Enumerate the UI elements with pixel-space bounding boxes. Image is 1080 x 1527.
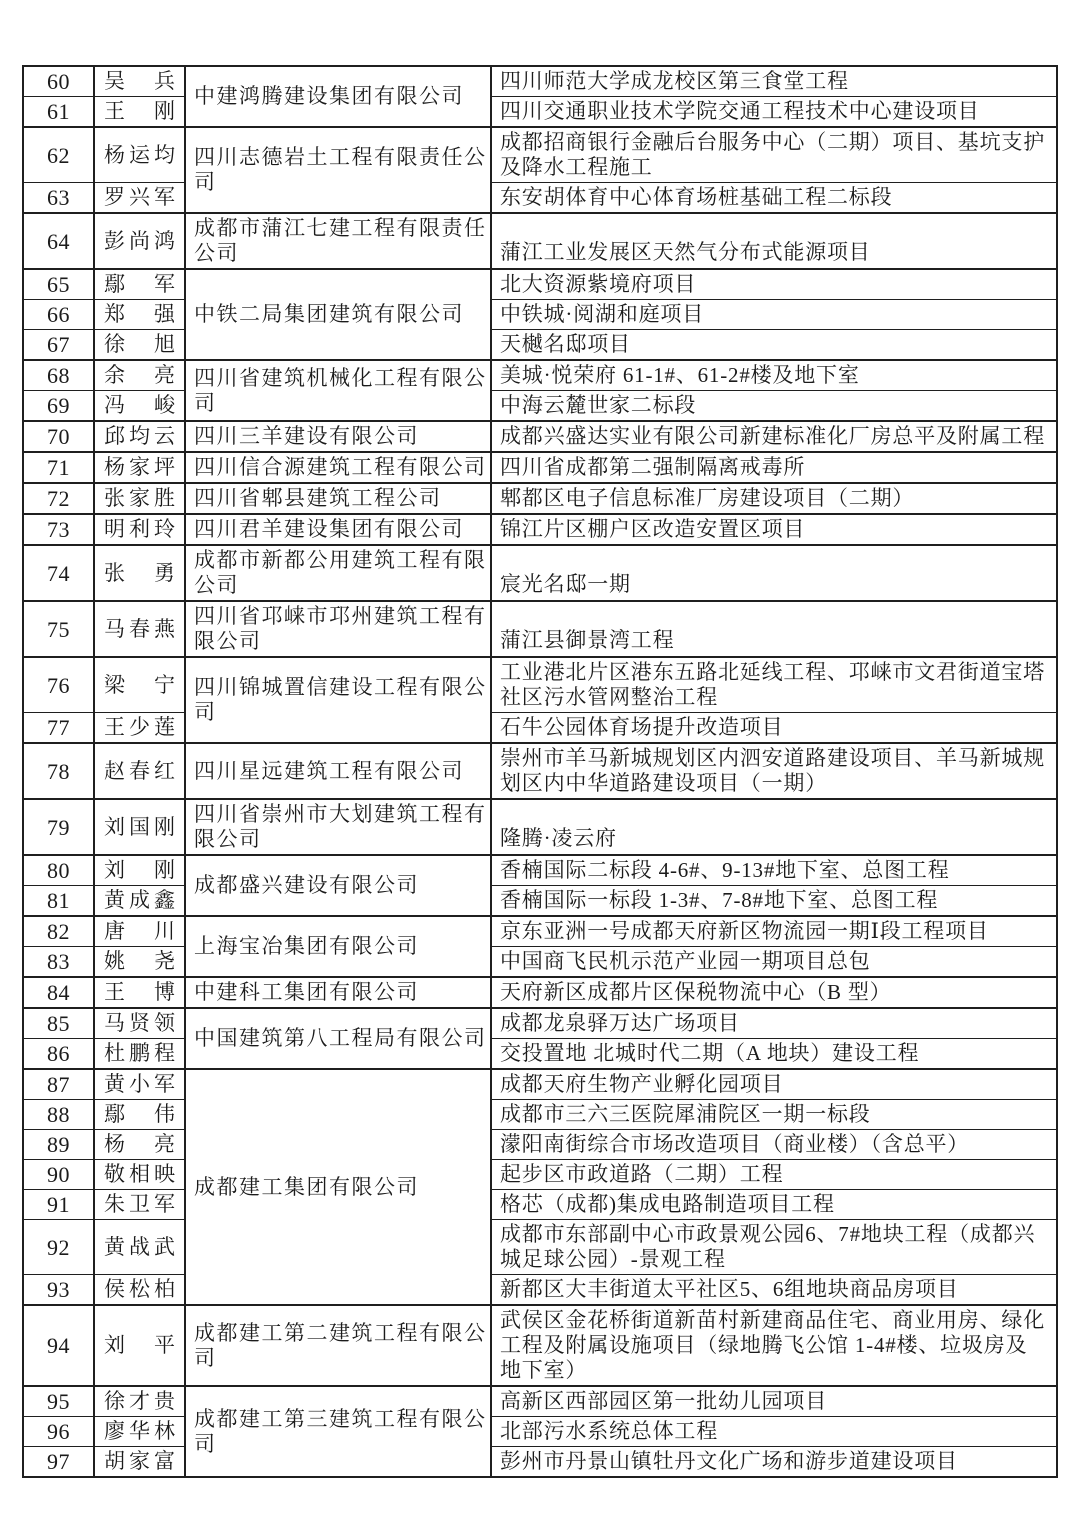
table-row: 72张家胜四川省郫县建筑工程公司郫都区电子信息标准厂房建设项目（二期） xyxy=(23,483,1057,514)
company-cell: 四川志德岩土工程有限责任公司 xyxy=(185,127,491,213)
project-cell: 香楠国际一标段 1-3#、7-8#地下室、总图工程 xyxy=(491,886,1057,917)
project-cell: 天府新区成都片区保税物流中心（B 型） xyxy=(491,977,1057,1008)
row-number-cell: 63 xyxy=(23,183,94,214)
project-cell: 崇州市羊马新城规划区内泗安道路建设项目、羊马新城规划区内中华道路建设项目（一期） xyxy=(491,743,1057,799)
row-number-cell: 96 xyxy=(23,1417,94,1447)
table-row: 94刘平成都建工第二建筑工程有限公司武侯区金花桥街道新苗村新建商品住宅、商业用房… xyxy=(23,1305,1057,1386)
person-name-cell: 侯松柏 xyxy=(94,1275,185,1306)
row-number-cell: 85 xyxy=(23,1008,94,1039)
person-name-cell: 刘刚 xyxy=(94,855,185,886)
table-row: 71杨家坪四川信合源建筑工程有限公司四川省成都第二强制隔离戒毒所 xyxy=(23,452,1057,483)
table-row: 69冯峻中海云麓世家二标段 xyxy=(23,391,1057,422)
table-row: 84王博中建科工集团有限公司天府新区成都片区保税物流中心（B 型） xyxy=(23,977,1057,1008)
project-cell: 香楠国际二标段 4-6#、9-13#地下室、总图工程 xyxy=(491,855,1057,886)
project-cell: 成都市东部副中心市政景观公园6、7#地块工程（成都兴城足球公园）-景观工程 xyxy=(491,1220,1057,1275)
person-name-cell: 张家胜 xyxy=(94,483,185,514)
company-cell: 成都建工集团有限公司 xyxy=(185,1069,491,1305)
person-name-cell: 梁宁 xyxy=(94,657,185,713)
company-cell: 中铁二局集团建筑有限公司 xyxy=(185,269,491,360)
row-number-cell: 67 xyxy=(23,330,94,361)
row-number-cell: 89 xyxy=(23,1130,94,1160)
company-cell: 上海宝冶集团有限公司 xyxy=(185,916,491,977)
project-cell: 起步区市政道路（二期）工程 xyxy=(491,1160,1057,1190)
table-row: 62杨运均四川志德岩土工程有限责任公司成都招商银行金融后台服务中心（二期）项目、… xyxy=(23,127,1057,183)
company-cell: 中建鸿腾建设集团有限公司 xyxy=(185,66,491,127)
company-cell: 四川省建筑机械化工程有限公司 xyxy=(185,360,491,421)
project-cell: 新都区大丰街道太平社区5、6组地块商品房项目 xyxy=(491,1275,1057,1306)
project-cell: 中海云麓世家二标段 xyxy=(491,391,1057,422)
table-row: 95徐才贵成都建工第三建筑工程有限公司高新区西部园区第一批幼儿园项目 xyxy=(23,1386,1057,1417)
person-name-cell: 鄢军 xyxy=(94,269,185,300)
person-name-cell: 马春燕 xyxy=(94,601,185,657)
table-row: 77王少莲石牛公园体育场提升改造项目 xyxy=(23,713,1057,744)
person-name-cell: 朱卫军 xyxy=(94,1190,185,1220)
row-number-cell: 88 xyxy=(23,1100,94,1130)
row-number-cell: 68 xyxy=(23,360,94,391)
person-name-cell: 杨亮 xyxy=(94,1130,185,1160)
table-row: 85马贤领中国建筑第八工程局有限公司成都龙泉驿万达广场项目 xyxy=(23,1008,1057,1039)
person-name-cell: 张勇 xyxy=(94,545,185,601)
company-cell: 成都盛兴建设有限公司 xyxy=(185,855,491,916)
table-row: 80刘刚成都盛兴建设有限公司香楠国际二标段 4-6#、9-13#地下室、总图工程 xyxy=(23,855,1057,886)
row-number-cell: 78 xyxy=(23,743,94,799)
project-cell: 蒲江工业发展区天然气分布式能源项目 xyxy=(491,213,1057,269)
table-row: 67徐旭天樾名邸项目 xyxy=(23,330,1057,361)
table-row: 81黄成鑫香楠国际一标段 1-3#、7-8#地下室、总图工程 xyxy=(23,886,1057,917)
project-cell: 高新区西部园区第一批幼儿园项目 xyxy=(491,1386,1057,1417)
person-name-cell: 杨家坪 xyxy=(94,452,185,483)
person-name-cell: 邱均云 xyxy=(94,421,185,452)
row-number-cell: 93 xyxy=(23,1275,94,1306)
project-cell: 京东亚洲一号成都天府新区物流园一期Ⅰ段工程项目 xyxy=(491,916,1057,947)
row-number-cell: 82 xyxy=(23,916,94,947)
project-cell: 锦江片区棚户区改造安置区项目 xyxy=(491,514,1057,545)
project-cell: 郫都区电子信息标准厂房建设项目（二期） xyxy=(491,483,1057,514)
person-name-cell: 杨运均 xyxy=(94,127,185,183)
row-number-cell: 60 xyxy=(23,66,94,97)
person-name-cell: 徐旭 xyxy=(94,330,185,361)
person-name-cell: 黄小军 xyxy=(94,1069,185,1100)
table-row: 74张勇成都市新都公用建筑工程有限公司宸光名邸一期 xyxy=(23,545,1057,601)
row-number-cell: 90 xyxy=(23,1160,94,1190)
row-number-cell: 97 xyxy=(23,1447,94,1478)
person-name-cell: 刘国刚 xyxy=(94,799,185,855)
project-cell: 中铁城·阅湖和庭项目 xyxy=(491,300,1057,330)
person-name-cell: 王博 xyxy=(94,977,185,1008)
row-number-cell: 62 xyxy=(23,127,94,183)
table-row: 83姚尧中国商飞民机示范产业园一期项目总包 xyxy=(23,947,1057,978)
company-cell: 四川星远建筑工程有限公司 xyxy=(185,743,491,799)
row-number-cell: 77 xyxy=(23,713,94,744)
project-cell: 东安胡体育中心体育场桩基础工程二标段 xyxy=(491,183,1057,214)
row-number-cell: 64 xyxy=(23,213,94,269)
company-cell: 成都市蒲江七建工程有限责任公司 xyxy=(185,213,491,269)
project-cell: 中国商飞民机示范产业园一期项目总包 xyxy=(491,947,1057,978)
project-cell: 北大资源紫境府项目 xyxy=(491,269,1057,300)
row-number-cell: 65 xyxy=(23,269,94,300)
person-name-cell: 徐才贵 xyxy=(94,1386,185,1417)
person-name-cell: 赵春红 xyxy=(94,743,185,799)
table-row: 68余亮四川省建筑机械化工程有限公司美城·悦荣府 61-1#、61-2#楼及地下… xyxy=(23,360,1057,391)
row-number-cell: 70 xyxy=(23,421,94,452)
row-number-cell: 73 xyxy=(23,514,94,545)
project-cell: 成都市三六三医院犀浦院区一期一标段 xyxy=(491,1100,1057,1130)
row-number-cell: 75 xyxy=(23,601,94,657)
table-row: 93侯松柏新都区大丰街道太平社区5、6组地块商品房项目 xyxy=(23,1275,1057,1306)
person-name-cell: 廖华林 xyxy=(94,1417,185,1447)
row-number-cell: 69 xyxy=(23,391,94,422)
company-cell: 成都建工第二建筑工程有限公司 xyxy=(185,1305,491,1386)
project-cell: 石牛公园体育场提升改造项目 xyxy=(491,713,1057,744)
project-cell: 成都天府生物产业孵化园项目 xyxy=(491,1069,1057,1100)
person-name-cell: 黄成鑫 xyxy=(94,886,185,917)
person-name-cell: 王少莲 xyxy=(94,713,185,744)
person-name-cell: 郑强 xyxy=(94,300,185,330)
project-cell: 美城·悦荣府 61-1#、61-2#楼及地下室 xyxy=(491,360,1057,391)
person-name-cell: 杜鹏程 xyxy=(94,1039,185,1070)
table-row: 70邱均云四川三羊建设有限公司成都兴盛达实业有限公司新建标准化厂房总平及附属工程 xyxy=(23,421,1057,452)
table-row: 97胡家富彭州市丹景山镇牡丹文化广场和游步道建设项目 xyxy=(23,1447,1057,1478)
table-row: 64彭尚鸿成都市蒲江七建工程有限责任公司蒲江工业发展区天然气分布式能源项目 xyxy=(23,213,1057,269)
project-cell: 宸光名邸一期 xyxy=(491,545,1057,601)
row-number-cell: 61 xyxy=(23,97,94,128)
table-row: 60吴兵中建鸿腾建设集团有限公司四川师范大学成龙校区第三食堂工程 xyxy=(23,66,1057,97)
table-row: 96廖华林北部污水系统总体工程 xyxy=(23,1417,1057,1447)
row-number-cell: 87 xyxy=(23,1069,94,1100)
table-row: 75马春燕四川省邛崃市邛州建筑工程有限公司蒲江县御景湾工程 xyxy=(23,601,1057,657)
document-page: 60吴兵中建鸿腾建设集团有限公司四川师范大学成龙校区第三食堂工程61王刚四川交通… xyxy=(0,0,1080,1527)
table-row: 63罗兴军东安胡体育中心体育场桩基础工程二标段 xyxy=(23,183,1057,214)
person-name-cell: 姚尧 xyxy=(94,947,185,978)
row-number-cell: 80 xyxy=(23,855,94,886)
project-cell: 成都招商银行金融后台服务中心（二期）项目、基坑支护及降水工程施工 xyxy=(491,127,1057,183)
table-row: 87黄小军成都建工集团有限公司成都天府生物产业孵化园项目 xyxy=(23,1069,1057,1100)
person-name-cell: 刘平 xyxy=(94,1305,185,1386)
table-body: 60吴兵中建鸿腾建设集团有限公司四川师范大学成龙校区第三食堂工程61王刚四川交通… xyxy=(23,66,1057,1477)
company-cell: 四川君羊建设集团有限公司 xyxy=(185,514,491,545)
person-name-cell: 彭尚鸿 xyxy=(94,213,185,269)
company-cell: 四川锦城置信建设工程有限公司 xyxy=(185,657,491,743)
project-cell: 彭州市丹景山镇牡丹文化广场和游步道建设项目 xyxy=(491,1447,1057,1478)
person-name-cell: 敬相映 xyxy=(94,1160,185,1190)
person-name-cell: 冯峻 xyxy=(94,391,185,422)
table-row: 92黄战武成都市东部副中心市政景观公园6、7#地块工程（成都兴城足球公园）-景观… xyxy=(23,1220,1057,1275)
person-name-cell: 胡家富 xyxy=(94,1447,185,1478)
row-number-cell: 76 xyxy=(23,657,94,713)
project-cell: 工业港北片区港东五路北延线工程、邛崃市文君街道宝塔社区污水管网整治工程 xyxy=(491,657,1057,713)
project-cell: 成都兴盛达实业有限公司新建标准化厂房总平及附属工程 xyxy=(491,421,1057,452)
person-name-cell: 罗兴军 xyxy=(94,183,185,214)
row-number-cell: 79 xyxy=(23,799,94,855)
row-number-cell: 74 xyxy=(23,545,94,601)
company-cell: 成都建工第三建筑工程有限公司 xyxy=(185,1386,491,1477)
table-row: 89杨亮濛阳南街综合市场改造项目（商业楼）（含总平） xyxy=(23,1130,1057,1160)
table-row: 76梁宁四川锦城置信建设工程有限公司工业港北片区港东五路北延线工程、邛崃市文君街… xyxy=(23,657,1057,713)
table-row: 88鄢伟成都市三六三医院犀浦院区一期一标段 xyxy=(23,1100,1057,1130)
table-row: 90敬相映起步区市政道路（二期）工程 xyxy=(23,1160,1057,1190)
person-name-cell: 余亮 xyxy=(94,360,185,391)
table-row: 65鄢军中铁二局集团建筑有限公司北大资源紫境府项目 xyxy=(23,269,1057,300)
project-cell: 四川省成都第二强制隔离戒毒所 xyxy=(491,452,1057,483)
table-row: 82唐川上海宝冶集团有限公司京东亚洲一号成都天府新区物流园一期Ⅰ段工程项目 xyxy=(23,916,1057,947)
project-cell: 四川师范大学成龙校区第三食堂工程 xyxy=(491,66,1057,97)
table-row: 73明利玲四川君羊建设集团有限公司锦江片区棚户区改造安置区项目 xyxy=(23,514,1057,545)
company-cell: 成都市新都公用建筑工程有限公司 xyxy=(185,545,491,601)
company-cell: 四川省邛崃市邛州建筑工程有限公司 xyxy=(185,601,491,657)
table-row: 78赵春红四川星远建筑工程有限公司崇州市羊马新城规划区内泗安道路建设项目、羊马新… xyxy=(23,743,1057,799)
person-name-cell: 黄战武 xyxy=(94,1220,185,1275)
row-number-cell: 72 xyxy=(23,483,94,514)
table-row: 79刘国刚四川省崇州市大划建筑工程有限公司隆腾·凌云府 xyxy=(23,799,1057,855)
row-number-cell: 83 xyxy=(23,947,94,978)
table-row: 86杜鹏程交投置地 北城时代二期（A 地块）建设工程 xyxy=(23,1039,1057,1070)
person-name-cell: 王刚 xyxy=(94,97,185,128)
row-number-cell: 95 xyxy=(23,1386,94,1417)
company-cell: 四川省崇州市大划建筑工程有限公司 xyxy=(185,799,491,855)
project-cell: 濛阳南街综合市场改造项目（商业楼）（含总平） xyxy=(491,1130,1057,1160)
person-name-cell: 鄢伟 xyxy=(94,1100,185,1130)
project-cell: 武侯区金花桥街道新苗村新建商品住宅、商业用房、绿化工程及附属设施项目（绿地腾飞公… xyxy=(491,1305,1057,1386)
row-number-cell: 94 xyxy=(23,1305,94,1386)
project-cell: 成都龙泉驿万达广场项目 xyxy=(491,1008,1057,1039)
table-row: 61王刚四川交通职业技术学院交通工程技术中心建设项目 xyxy=(23,97,1057,128)
company-cell: 四川三羊建设有限公司 xyxy=(185,421,491,452)
project-cell: 北部污水系统总体工程 xyxy=(491,1417,1057,1447)
project-cell: 格芯（成都)集成电路制造项目工程 xyxy=(491,1190,1057,1220)
row-number-cell: 66 xyxy=(23,300,94,330)
project-cell: 交投置地 北城时代二期（A 地块）建设工程 xyxy=(491,1039,1057,1070)
row-number-cell: 86 xyxy=(23,1039,94,1070)
row-number-cell: 81 xyxy=(23,886,94,917)
person-name-cell: 马贤领 xyxy=(94,1008,185,1039)
row-number-cell: 71 xyxy=(23,452,94,483)
person-name-cell: 唐川 xyxy=(94,916,185,947)
personnel-project-table: 60吴兵中建鸿腾建设集团有限公司四川师范大学成龙校区第三食堂工程61王刚四川交通… xyxy=(22,65,1058,1478)
project-cell: 四川交通职业技术学院交通工程技术中心建设项目 xyxy=(491,97,1057,128)
project-cell: 天樾名邸项目 xyxy=(491,330,1057,361)
project-cell: 蒲江县御景湾工程 xyxy=(491,601,1057,657)
company-cell: 中建科工集团有限公司 xyxy=(185,977,491,1008)
company-cell: 中国建筑第八工程局有限公司 xyxy=(185,1008,491,1069)
person-name-cell: 明利玲 xyxy=(94,514,185,545)
row-number-cell: 92 xyxy=(23,1220,94,1275)
row-number-cell: 84 xyxy=(23,977,94,1008)
row-number-cell: 91 xyxy=(23,1190,94,1220)
table-row: 66郑强中铁城·阅湖和庭项目 xyxy=(23,300,1057,330)
table-row: 91朱卫军格芯（成都)集成电路制造项目工程 xyxy=(23,1190,1057,1220)
company-cell: 四川省郫县建筑工程公司 xyxy=(185,483,491,514)
company-cell: 四川信合源建筑工程有限公司 xyxy=(185,452,491,483)
person-name-cell: 吴兵 xyxy=(94,66,185,97)
project-cell: 隆腾·凌云府 xyxy=(491,799,1057,855)
